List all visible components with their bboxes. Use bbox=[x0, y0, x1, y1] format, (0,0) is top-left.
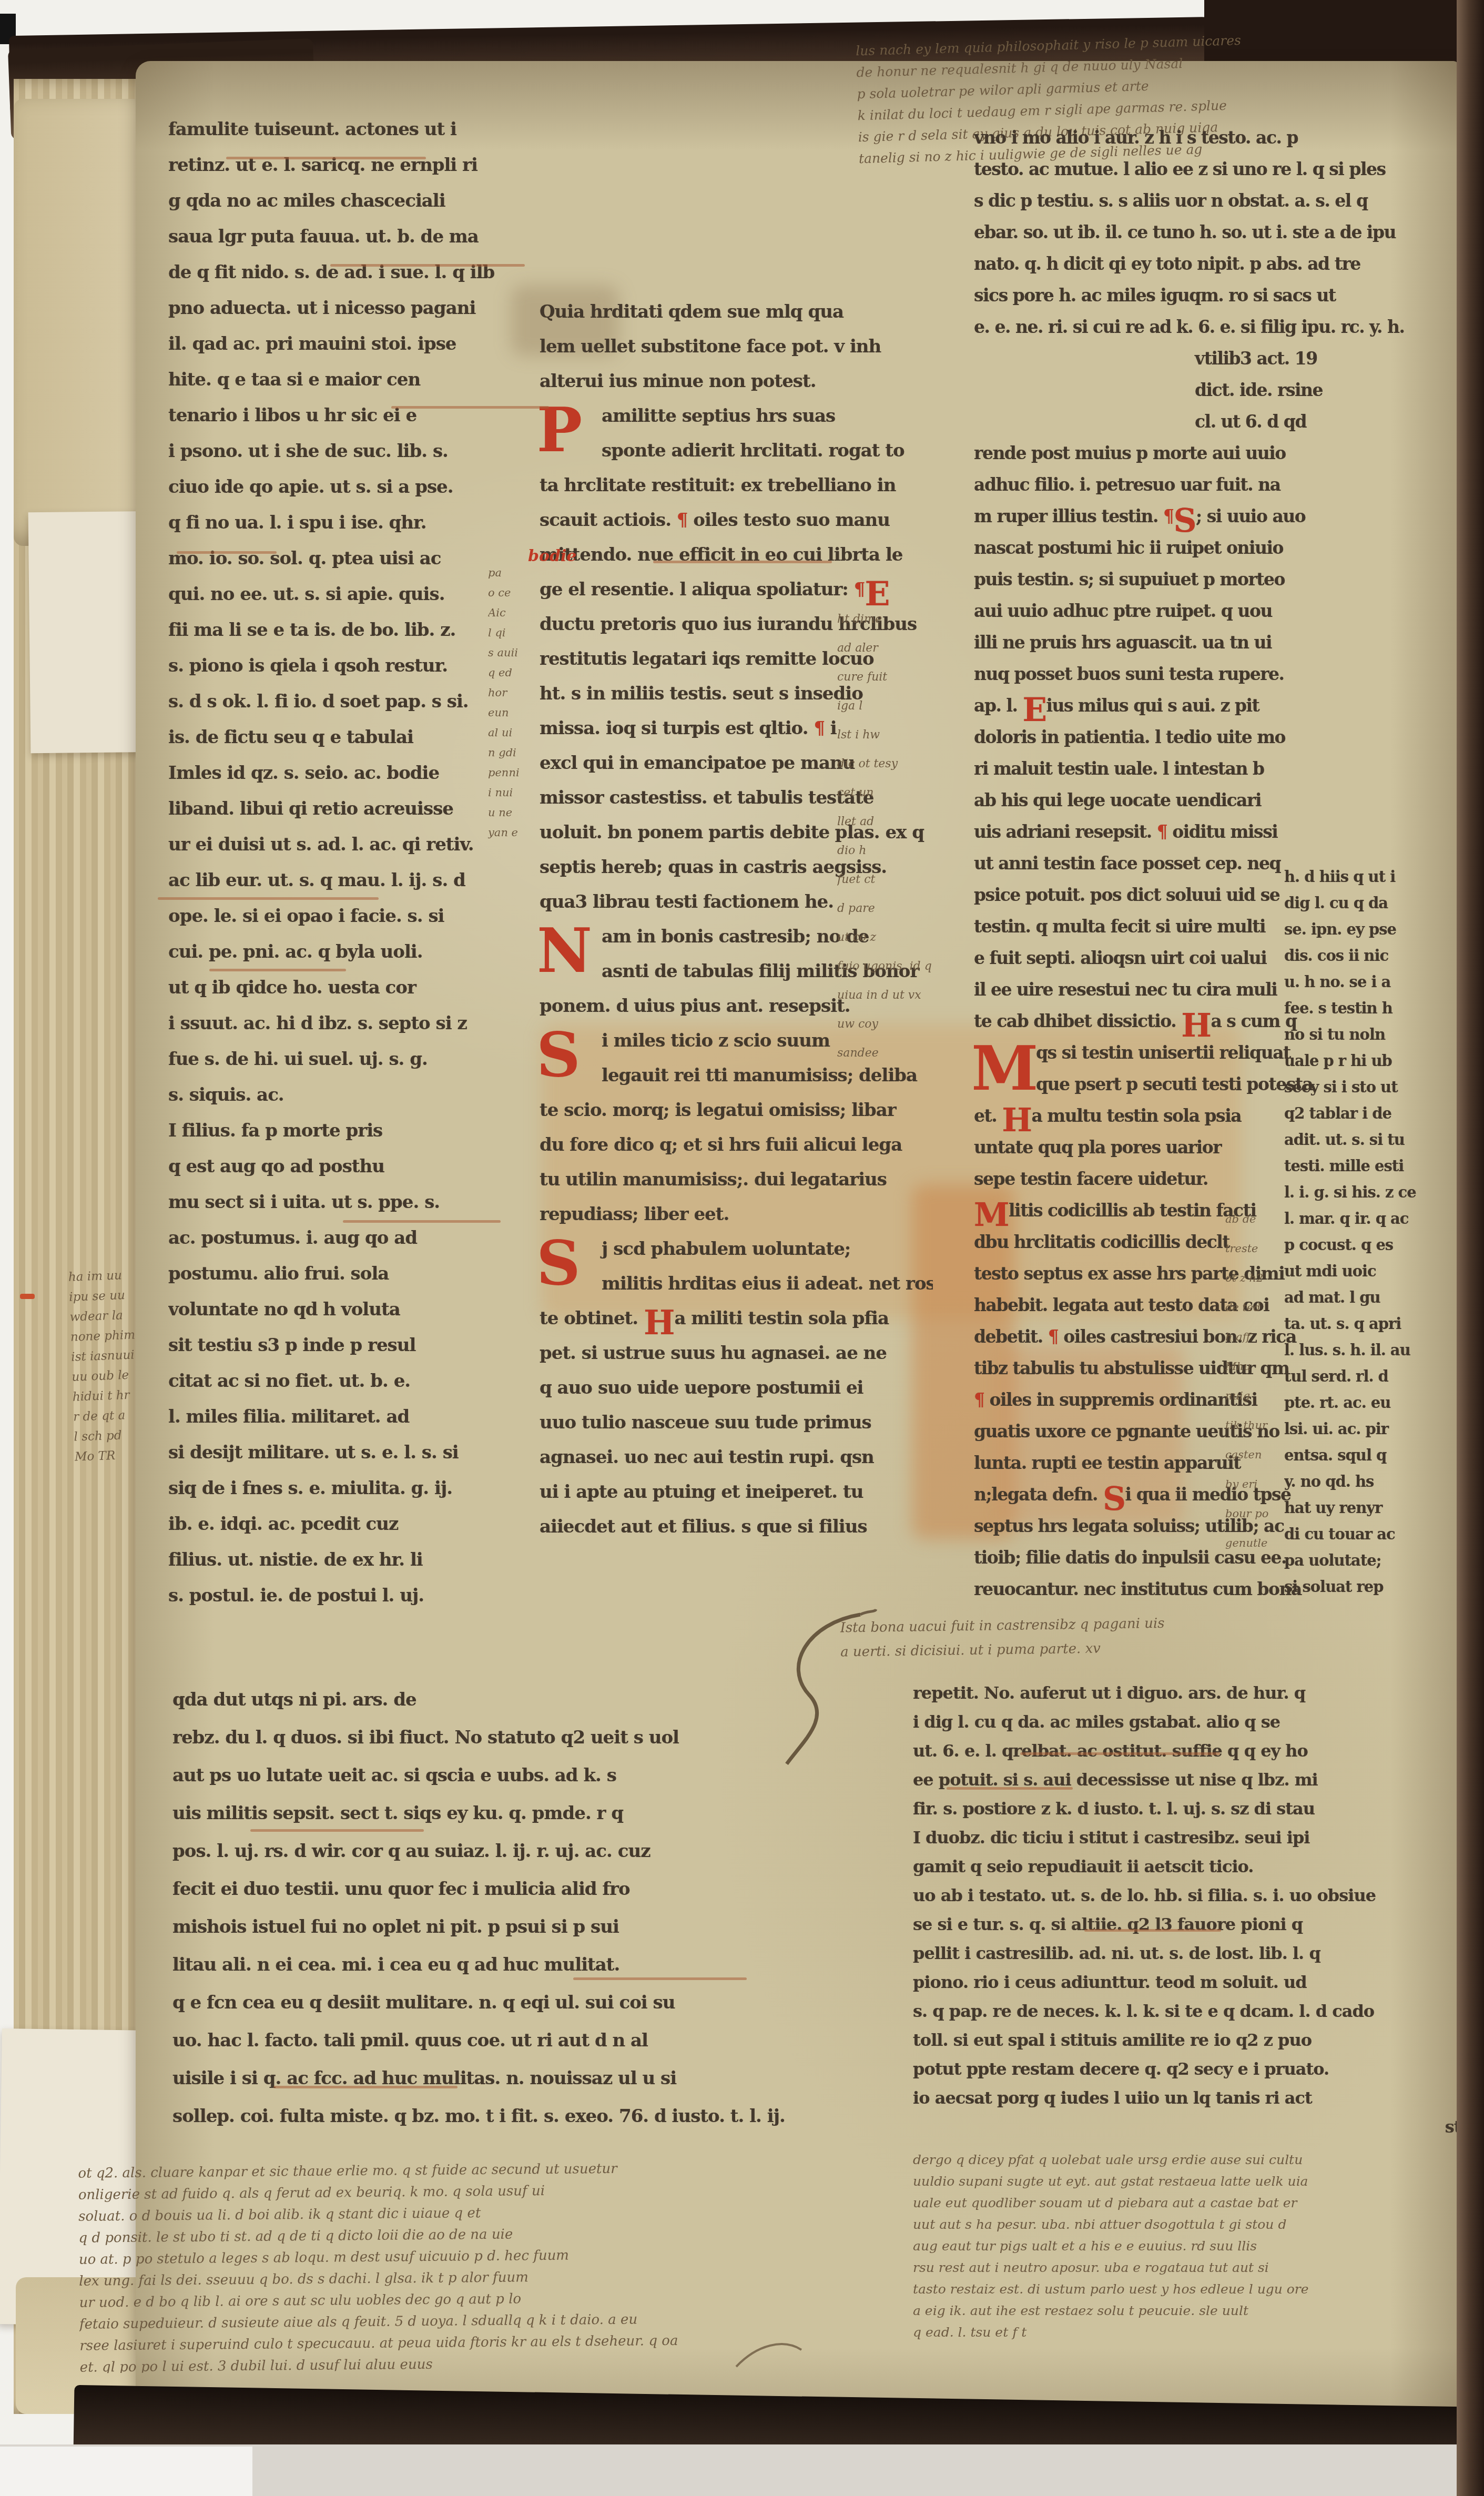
text-line: uuo tulio nasceue suu tude primus bbox=[540, 1405, 933, 1440]
text-line: ur ei duisi ut s. ad. l. ac. qi retiv. bbox=[168, 827, 540, 863]
text-line: liband. libui qi retio acreuisse bbox=[168, 791, 540, 827]
text-line: ht dime bbox=[837, 605, 969, 634]
scribal-flourish bbox=[772, 1608, 877, 1771]
lemma-underline bbox=[273, 2086, 458, 2088]
lemma-underline bbox=[330, 264, 525, 267]
rubric-mark: ¶ bbox=[1157, 821, 1167, 842]
text-line: tik thur bbox=[1225, 1411, 1302, 1440]
text-line: l. mar. q ir. q ac bbox=[1284, 1205, 1472, 1232]
text-line: di cu touar ac bbox=[1284, 1521, 1472, 1547]
text-line: hor bbox=[488, 683, 548, 703]
bottom-margin-gloss-right: dergo q dicey pfat q uolebat uale ursg e… bbox=[913, 2149, 1481, 2348]
text-line: eun bbox=[488, 703, 548, 723]
text-line: testi. mille esti bbox=[1284, 1153, 1472, 1179]
rubric-mark: ¶ bbox=[814, 718, 825, 739]
text-line: iga l bbox=[837, 692, 969, 721]
backdrop-bottom-white bbox=[0, 2447, 252, 2496]
text-line: s. siquis. ac. bbox=[168, 1077, 540, 1113]
binding-right-edge bbox=[1457, 0, 1484, 2496]
text-line: ad aler bbox=[837, 634, 969, 663]
text-line: ut co z bbox=[837, 923, 969, 952]
left-margin-gloss: ha im uuipu se uuwdear lanone phimist ia… bbox=[68, 1263, 185, 1470]
gutter-gloss-left: pao ceAicl qis auiiq edhoreunal uin gdip… bbox=[488, 563, 548, 849]
text-line: toll. si eut spal i stituis amilite re i… bbox=[913, 2026, 1479, 2055]
text-line: io aecsat porg q iudes l uiio un lq tani… bbox=[913, 2084, 1479, 2113]
text-line: ee potuit. si s. aui decessisse ut nise … bbox=[913, 1766, 1479, 1794]
text-line: si soluat rep bbox=[1284, 1574, 1472, 1600]
text-line: tul serd. rl. d bbox=[1284, 1363, 1472, 1389]
text-line: h. d hiis q ut i bbox=[1284, 864, 1472, 890]
text-line: ap. l. Eius milus qui s aui. z pit bbox=[974, 690, 1465, 722]
text-line: Pamilitte septius hrs suas bbox=[540, 399, 933, 433]
text-line: uisile i si q. ac fcc. ad huc mulitas. n… bbox=[172, 2059, 879, 2097]
text-line: ut mdi uoic bbox=[1284, 1258, 1472, 1284]
text-line: u. h no. se i a bbox=[1284, 969, 1472, 995]
text-line: ab de bbox=[1225, 1204, 1302, 1234]
text-line: fii ma li se e ta is. de bo. lib. z. bbox=[168, 612, 540, 648]
text-line: bour po bbox=[1225, 1499, 1302, 1528]
text-line: ciuo ide qo apie. ut s. si a pse. bbox=[168, 469, 540, 505]
text-line: si desijt militare. ut s. e. l. s. si bbox=[168, 1435, 540, 1470]
text-line: s. d s ok. l. fi io. d soet pap. s si. bbox=[168, 684, 540, 719]
text-line: penni bbox=[488, 763, 548, 783]
text-line: mishois istuel fui no oplet ni pit. p ps… bbox=[172, 1908, 879, 1946]
text-line: s. q pap. re de neces. k. l. k. si te e … bbox=[913, 1997, 1479, 2026]
text-line: is. de fictu seu q e tabulai bbox=[168, 719, 540, 755]
text-line: saua lgr puta fauua. ut. b. de ma bbox=[168, 219, 540, 255]
text-line: cure fuit bbox=[837, 663, 969, 692]
text-line: voluntate no qd h voluta bbox=[168, 1292, 540, 1327]
text-line: pa uolutate; bbox=[1284, 1547, 1472, 1574]
text-line: siq de i fnes s. e. miulita. g. ij. bbox=[168, 1470, 540, 1506]
text-line: il. qad ac. pri mauini stoi. ipse bbox=[168, 326, 540, 362]
text-line: Aic bbox=[488, 603, 548, 623]
mid-page-annotation: Ista bona uacui fuit in castrensibz q pa… bbox=[840, 1607, 1477, 1680]
rubric-mark: ¶ bbox=[1048, 1326, 1059, 1347]
text-line: hite. q e taa si e maior cen bbox=[168, 362, 540, 398]
text-line: Imles id qz. s. seio. ac. bodie bbox=[168, 755, 540, 791]
text-line: Quia hrditati qdem sue mlq qua bbox=[540, 295, 933, 329]
text-line: gamit q seio repudiauit ii aetscit ticio… bbox=[913, 1852, 1479, 1881]
text-line: vno i mo alio i aur. z h i s testo. ac. … bbox=[974, 122, 1465, 154]
text-line: fee. s testin h bbox=[1284, 995, 1472, 1021]
text-line: de q fit nido. s. de ad. i sue. l. q ilb bbox=[168, 255, 540, 290]
text-line: ib. e. idqi. ac. pcedit cuz bbox=[168, 1506, 540, 1542]
text-line: genutle bbox=[1225, 1528, 1302, 1558]
text-line: uiua in d ut vx bbox=[837, 981, 969, 1010]
text-line: mo. io. so. sol. q. ptea uisi ac bbox=[168, 541, 540, 576]
text-line: ge el resentie. l aliqua spoliatur: ¶E bbox=[540, 572, 933, 607]
text-line: stat bbox=[913, 2113, 1479, 2142]
text-line: pos. l. uj. rs. d wir. cor q au suiaz. l… bbox=[172, 1832, 879, 1870]
text-line: pa bbox=[488, 563, 548, 583]
text-line: uo ab i testato. ut. s. de lo. hb. si fi… bbox=[913, 1881, 1479, 1910]
lemma-underline bbox=[1084, 1929, 1221, 1932]
text-line: casten bbox=[1225, 1440, 1302, 1469]
text-line: se si e tur. s. q. si altiie. q2 l3 fauo… bbox=[913, 1910, 1479, 1939]
text-line: I duobz. dic ticiu i stitut i castresibz… bbox=[913, 1823, 1479, 1852]
text-line: ta. ut. s. q apri bbox=[1284, 1311, 1472, 1337]
text-line: d pare bbox=[837, 894, 969, 923]
lemma-underline bbox=[177, 551, 277, 554]
lemma-underline bbox=[391, 406, 549, 409]
text-line: e. e. ne. ri. si cui re ad k. 6. e. si f… bbox=[974, 311, 1465, 343]
text-line: s dic p testiu. s. s aliis uor n obstat.… bbox=[974, 185, 1465, 217]
text-line: scauit actiois. ¶ oiles testo suo manu bbox=[540, 503, 933, 537]
rubric-mark: ¶ bbox=[677, 510, 688, 531]
text-line: q e fcn cea eu q desiit mulitare. n. q e… bbox=[172, 1984, 879, 2022]
lemma-underline bbox=[226, 157, 426, 159]
text-line: famulite tuiseunt. actones ut i bbox=[168, 111, 540, 147]
text-line: s. postul. ie. de postui l. uj. bbox=[168, 1578, 540, 1614]
text-line: ab his qui lege uocate uendicari bbox=[974, 785, 1465, 816]
text-line: yan e bbox=[488, 823, 548, 843]
text-line: o ce bbox=[488, 583, 548, 603]
text-line: tasto restaiz est. di ustum parlo uest y… bbox=[913, 2278, 1481, 2300]
text-line: i ssuut. ac. hi d ibz. s. septo si z bbox=[168, 1006, 540, 1041]
rubric-mark: ¶ bbox=[974, 1389, 984, 1410]
text-line: ut. 6. e. l. qrelbat. ac ostitut. suffie… bbox=[913, 1737, 1479, 1766]
text-line: ta hrclitate restituit: ex trebelliano i… bbox=[540, 468, 933, 503]
text-line: h aff bbox=[1225, 1322, 1302, 1352]
text-line: g qda no ac miles chasceciali bbox=[168, 183, 540, 219]
text-line: ebar. so. ut ib. il. ce tuno h. so. ut i… bbox=[974, 217, 1465, 248]
text-line: pet. si ustrue suus hu agnasei. ae ne bbox=[540, 1336, 933, 1371]
scribal-flourish-small bbox=[731, 2333, 810, 2380]
text-line: retinz. ut e. l. saricq. ne ernpli ri bbox=[168, 147, 540, 183]
lemma-underline bbox=[250, 1829, 424, 1832]
text-line: sandee bbox=[837, 1039, 969, 1068]
text-line: m ruper illius testin. ¶S; si uuio auo bbox=[974, 501, 1465, 532]
text-line: dic ot tesy bbox=[837, 749, 969, 778]
text-line: sit testiu s3 p inde p resul bbox=[168, 1327, 540, 1363]
lemma-underline bbox=[158, 897, 379, 900]
text-line: fuio ugonis. id q bbox=[837, 952, 969, 981]
text-line: alterui ius minue non potest. bbox=[540, 364, 933, 399]
text-line: agnasei. uo nec aui testin rupi. qsn bbox=[540, 1440, 933, 1475]
text-line: illi ne pruis hrs aguascit. ua tn ui bbox=[974, 627, 1465, 658]
text-line: secy si i sto ut bbox=[1284, 1074, 1472, 1100]
text-line: mittendo. nue efficit in eo cui librta l… bbox=[540, 537, 933, 572]
text-line: l qi bbox=[488, 623, 548, 643]
text-line: de ted bbox=[1225, 1293, 1302, 1322]
text-column-left: famulite tuiseunt. actones ut iretinz. u… bbox=[168, 111, 540, 1641]
text-line: n gdi bbox=[488, 743, 548, 763]
text-line: pellit i castresilib. ad. ni. ut. s. de … bbox=[913, 1939, 1479, 1968]
text-line: rende post muius p morte aui uuio bbox=[974, 438, 1465, 469]
lemma-underline bbox=[573, 1977, 747, 1980]
text-line: se. ipn. ey pse bbox=[1284, 916, 1472, 942]
text-line: treste bbox=[1225, 1234, 1302, 1263]
lemma-underline bbox=[653, 561, 832, 563]
text-line: Mo TR bbox=[74, 1443, 185, 1467]
text-line: cl. ut 6. d qd bbox=[974, 406, 1465, 438]
outer-margin-column: h. d hiis q ut idig l. cu q dase. ipn. e… bbox=[1284, 864, 1472, 1606]
text-line: rsu rest aut i neutro aposur. uba e roga… bbox=[913, 2257, 1481, 2278]
text-line: piono. rio i ceus adiunttur. teod m solu… bbox=[913, 1968, 1479, 1997]
text-line: dergo q dicey pfat q uolebat uale ursg e… bbox=[913, 2149, 1481, 2170]
text-line: puis testin. s; si supuiuet p morteo bbox=[974, 564, 1465, 595]
text-line: aiiecdet aut et filius. s que si filius bbox=[540, 1509, 933, 1544]
text-line: uale p r hi ub bbox=[1284, 1048, 1472, 1074]
text-line: uis adriani resepsit. ¶ oiditu missi bbox=[974, 816, 1465, 848]
text-line: pno aduecta. ut i nicesso pagani bbox=[168, 290, 540, 326]
rubric-word: bodie bbox=[528, 547, 576, 565]
text-line: cet un bbox=[837, 778, 969, 807]
text-line: lst i hw bbox=[837, 721, 969, 749]
text-line: ot z h2 bbox=[1225, 1263, 1302, 1293]
text-line: entsa. squl q bbox=[1284, 1442, 1472, 1468]
text-line: a eig ik. aut ihe est restaez solu t peu… bbox=[913, 2300, 1481, 2321]
red-margin-tick bbox=[20, 1294, 35, 1299]
lemma-underline bbox=[209, 969, 346, 971]
text-line: uale eut quodliber souam ut d piebara au… bbox=[913, 2192, 1481, 2214]
text-line: litau ali. n ei cea. mi. i cea eu q ad h… bbox=[172, 1946, 879, 1984]
text-line: testo. ac mutue. l alio ee z si uno re l… bbox=[974, 154, 1465, 185]
manuscript-photograph: lus nach ey lem quia philosophait y riso… bbox=[0, 0, 1484, 2496]
lemma-underline bbox=[947, 1787, 1073, 1790]
text-line: citat ac si no fiet. ut. b. e. bbox=[168, 1363, 540, 1399]
text-line: adit. ut. s. si tu bbox=[1284, 1127, 1472, 1153]
text-line: repetit. No. auferut ut i diguo. ars. de… bbox=[913, 1679, 1479, 1708]
text-line: ui i apte au ptuing et ineiperet. tu bbox=[540, 1475, 933, 1509]
lemma-underline bbox=[1020, 1752, 1220, 1755]
text-line: l. miles filia. militaret. ad bbox=[168, 1399, 540, 1435]
text-line: uo. hac l. facto. tali pmil. quus coe. u… bbox=[172, 2022, 879, 2059]
text-line: lsi. ui. ac. pir bbox=[1284, 1416, 1472, 1442]
text-line: dio h bbox=[837, 836, 969, 865]
text-line: uw coy bbox=[837, 1010, 969, 1039]
text-line: fue s. de hi. ui suel. uj. s. g. bbox=[168, 1041, 540, 1077]
text-line: sollep. coi. fulta miste. q bz. mo. t i … bbox=[172, 2097, 879, 2135]
text-line: Sj scd phabulem uoluntate; bbox=[540, 1232, 933, 1266]
text-line: q est aug qo ad posthu bbox=[168, 1149, 540, 1184]
text-line: du fore dico q; et si hrs fuii alicui le… bbox=[540, 1128, 933, 1162]
text-line: filius. ut. nistie. de ex hr. li bbox=[168, 1542, 540, 1578]
text-line: by eri bbox=[1225, 1469, 1302, 1499]
text-line: dig l. cu q da bbox=[1284, 890, 1472, 916]
text-line: adhuc filio. i. petresuo uar fuit. na bbox=[974, 469, 1465, 501]
text-line: nuq posset buos suni testa rupere. bbox=[974, 658, 1465, 690]
text-line: sics pore h. ac miles iguqm. ro si sacs … bbox=[974, 280, 1465, 311]
text-line: nato. q. h dicit qi ey toto nipit. p abs… bbox=[974, 248, 1465, 280]
lemma-underline bbox=[343, 1220, 501, 1223]
text-line: ut q ib qidce ho. uesta cor bbox=[168, 970, 540, 1006]
text-line: qui. no ee. ut. s. si apie. quis. bbox=[168, 576, 540, 612]
text-line: Mhu bbox=[1225, 1352, 1302, 1381]
text-line: postumu. alio frui. sola bbox=[168, 1256, 540, 1292]
text-line: lem uellet substitone face pot. v inh bbox=[540, 329, 933, 364]
text-line: sponte adierit hrclitati. rogat to bbox=[540, 433, 933, 468]
text-line: doloris in patientia. l tedio uite mo bbox=[974, 722, 1465, 753]
text-line: repudiass; liber eet. bbox=[540, 1197, 933, 1232]
text-line: fuet ct bbox=[837, 865, 969, 894]
text-line: tu utilin manumisiss;. dui legatarius bbox=[540, 1162, 933, 1197]
text-line: te obtinet. Ha militi testin sola pfia bbox=[540, 1301, 933, 1336]
text-line: hat uy renyr bbox=[1284, 1495, 1472, 1521]
rubric-mark: ¶ bbox=[854, 579, 865, 600]
text-line: aui uuio adhuc ptre ruipet. q uou bbox=[974, 595, 1465, 627]
text-line: fir. s. postiore z k. d iusto. t. l. uj.… bbox=[913, 1794, 1479, 1823]
text-line: ad mat. l gu bbox=[1284, 1284, 1472, 1311]
text-line: militis hrditas eius ii adeat. net ros bbox=[540, 1266, 933, 1301]
text-line: fecit ei duo testii. unu quor fec i muli… bbox=[172, 1870, 879, 1908]
text-line: i psono. ut i she de suc. lib. s. bbox=[168, 433, 540, 469]
text-line: p cocust. q es bbox=[1284, 1232, 1472, 1258]
lower-text-block-right: repetit. No. auferut ut i diguo. ars. de… bbox=[913, 1679, 1479, 2147]
text-line: llet ad bbox=[837, 807, 969, 836]
text-line: mu sect si i uita. ut s. ppe. s. bbox=[168, 1184, 540, 1220]
text-line: l. i. g. si his. z ce bbox=[1284, 1179, 1472, 1205]
text-line: nuig bbox=[1225, 1381, 1302, 1411]
text-line: dis. cos ii nic bbox=[1284, 942, 1472, 969]
text-line: ac. postumus. i. aug qo ad bbox=[168, 1220, 540, 1256]
text-line: q fi no ua. l. i spu i ise. qhr. bbox=[168, 505, 540, 541]
text-line: ri maluit testin uale. l intestan b bbox=[974, 753, 1465, 785]
text-line: aug eaut tur pigs ualt et a his e e euui… bbox=[913, 2235, 1481, 2257]
text-line: tenario i libos u hr sic ei e bbox=[168, 398, 540, 433]
text-line: q2 tablar i de bbox=[1284, 1100, 1472, 1127]
text-line: al ui bbox=[488, 723, 548, 743]
text-line: ac lib eur. ut. s. q mau. l. ij. s. d bbox=[168, 863, 540, 898]
text-line: uis militis sepsit. sect t. siqs ey ku. … bbox=[172, 1794, 879, 1832]
text-line: vtilib3 act. 19 bbox=[974, 343, 1465, 374]
rubric-mark: ¶ bbox=[1163, 506, 1174, 526]
text-line: q ed bbox=[488, 663, 548, 683]
text-line: uuldio supani sugte ut eyt. aut gstat re… bbox=[913, 2170, 1481, 2192]
gutter-gloss-right: ab detresteot z h2de tedh affMhunuigtik … bbox=[1225, 1204, 1302, 1575]
text-line: s. piono is qiela i qsoh restur. bbox=[168, 648, 540, 684]
text-line: cui. pe. pni. ac. q byla uoli. bbox=[168, 934, 540, 970]
text-line: I filius. fa p morte pris bbox=[168, 1113, 540, 1149]
text-line: nascat postumi hic ii ruipet oniuio bbox=[974, 532, 1465, 564]
text-line: s auii bbox=[488, 643, 548, 663]
text-line: uut aut s ha pesur. uba. nbi attuer dsog… bbox=[913, 2214, 1481, 2235]
text-line: ope. le. si ei opao i facie. s. si bbox=[168, 898, 540, 934]
gutter-gloss-center: ht dimead alercure fuitiga llst i hwdic … bbox=[837, 605, 969, 1110]
text-line: i nui bbox=[488, 783, 548, 803]
text-line: dict. ide. rsine bbox=[974, 374, 1465, 406]
text-line: y. no qd. hs bbox=[1284, 1468, 1472, 1495]
text-line: l. lus. s. h. il. au bbox=[1284, 1337, 1472, 1363]
text-line: no si tu noln bbox=[1284, 1021, 1472, 1048]
text-line: q ead. l. tsu et f t bbox=[913, 2321, 1481, 2343]
text-line: q auo suo uide uepore postumii ei bbox=[540, 1371, 933, 1405]
text-line: potut ppte restam decere q. q2 secy e i … bbox=[913, 2055, 1479, 2084]
text-line: u ne bbox=[488, 803, 548, 823]
text-line: pte. rt. ac. eu bbox=[1284, 1389, 1472, 1416]
text-line: i dig l. cu q da. ac miles gstabat. alio… bbox=[913, 1708, 1479, 1737]
